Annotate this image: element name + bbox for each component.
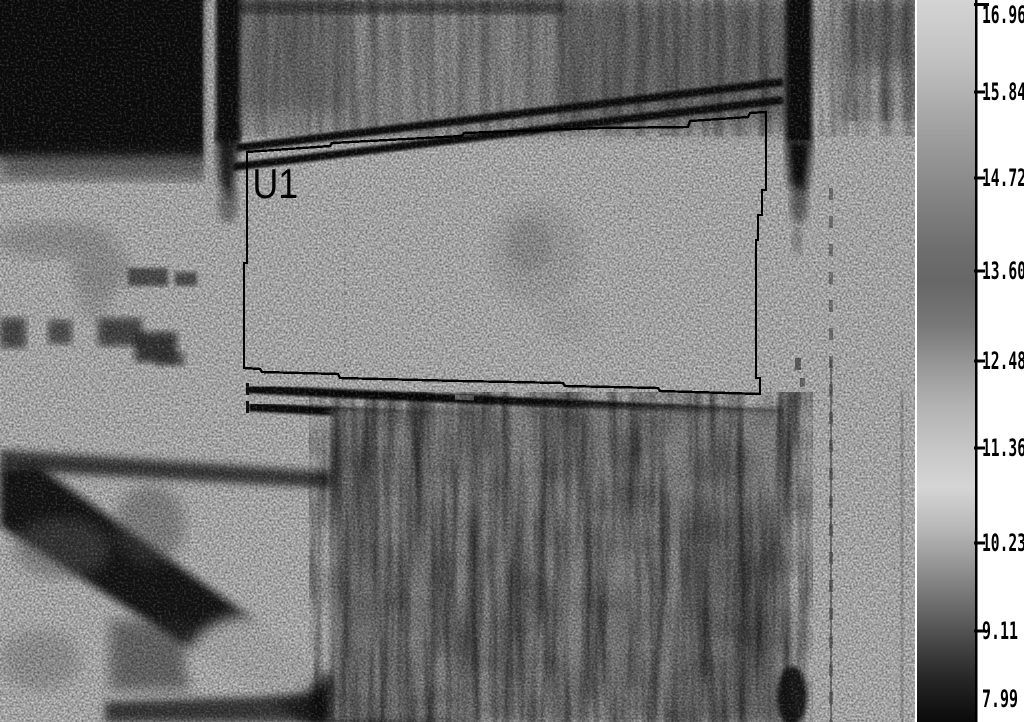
colorbar-tick-label: 7.99 bbox=[982, 685, 1018, 713]
colorbar-tick-label: 15.84 bbox=[982, 78, 1024, 106]
colorbar: 16.96 15.84 14.72 13.60 12.48 11.36 10.2… bbox=[915, 0, 1024, 722]
colorbar-gap bbox=[915, 0, 917, 722]
colorbar-tick-label: 14.72 bbox=[982, 164, 1024, 192]
sensor-grain-light bbox=[0, 0, 916, 722]
colorbar-gradient bbox=[917, 0, 975, 722]
thermal-scene: U1 bbox=[0, 0, 920, 722]
colorbar-tick-label: 11.36 bbox=[982, 434, 1024, 462]
colorbar-tick-label: 9.11 bbox=[982, 617, 1018, 645]
colorbar-tick-label: 12.48 bbox=[982, 347, 1024, 375]
colorbar-tick-label: 16.96 bbox=[982, 1, 1024, 29]
colorbar-tick-label: 10.23 bbox=[982, 529, 1024, 557]
colorbar-tick-label: 13.60 bbox=[982, 257, 1024, 285]
marker-label: U1 bbox=[252, 161, 298, 207]
thermogram-figure: U1 16.96 15.84 14.72 13.60 12.48 11.36 1 bbox=[0, 0, 1024, 722]
thermogram-canvas: U1 16.96 15.84 14.72 13.60 12.48 11.36 1 bbox=[0, 0, 1024, 722]
marker-label-group: U1 bbox=[252, 161, 298, 207]
